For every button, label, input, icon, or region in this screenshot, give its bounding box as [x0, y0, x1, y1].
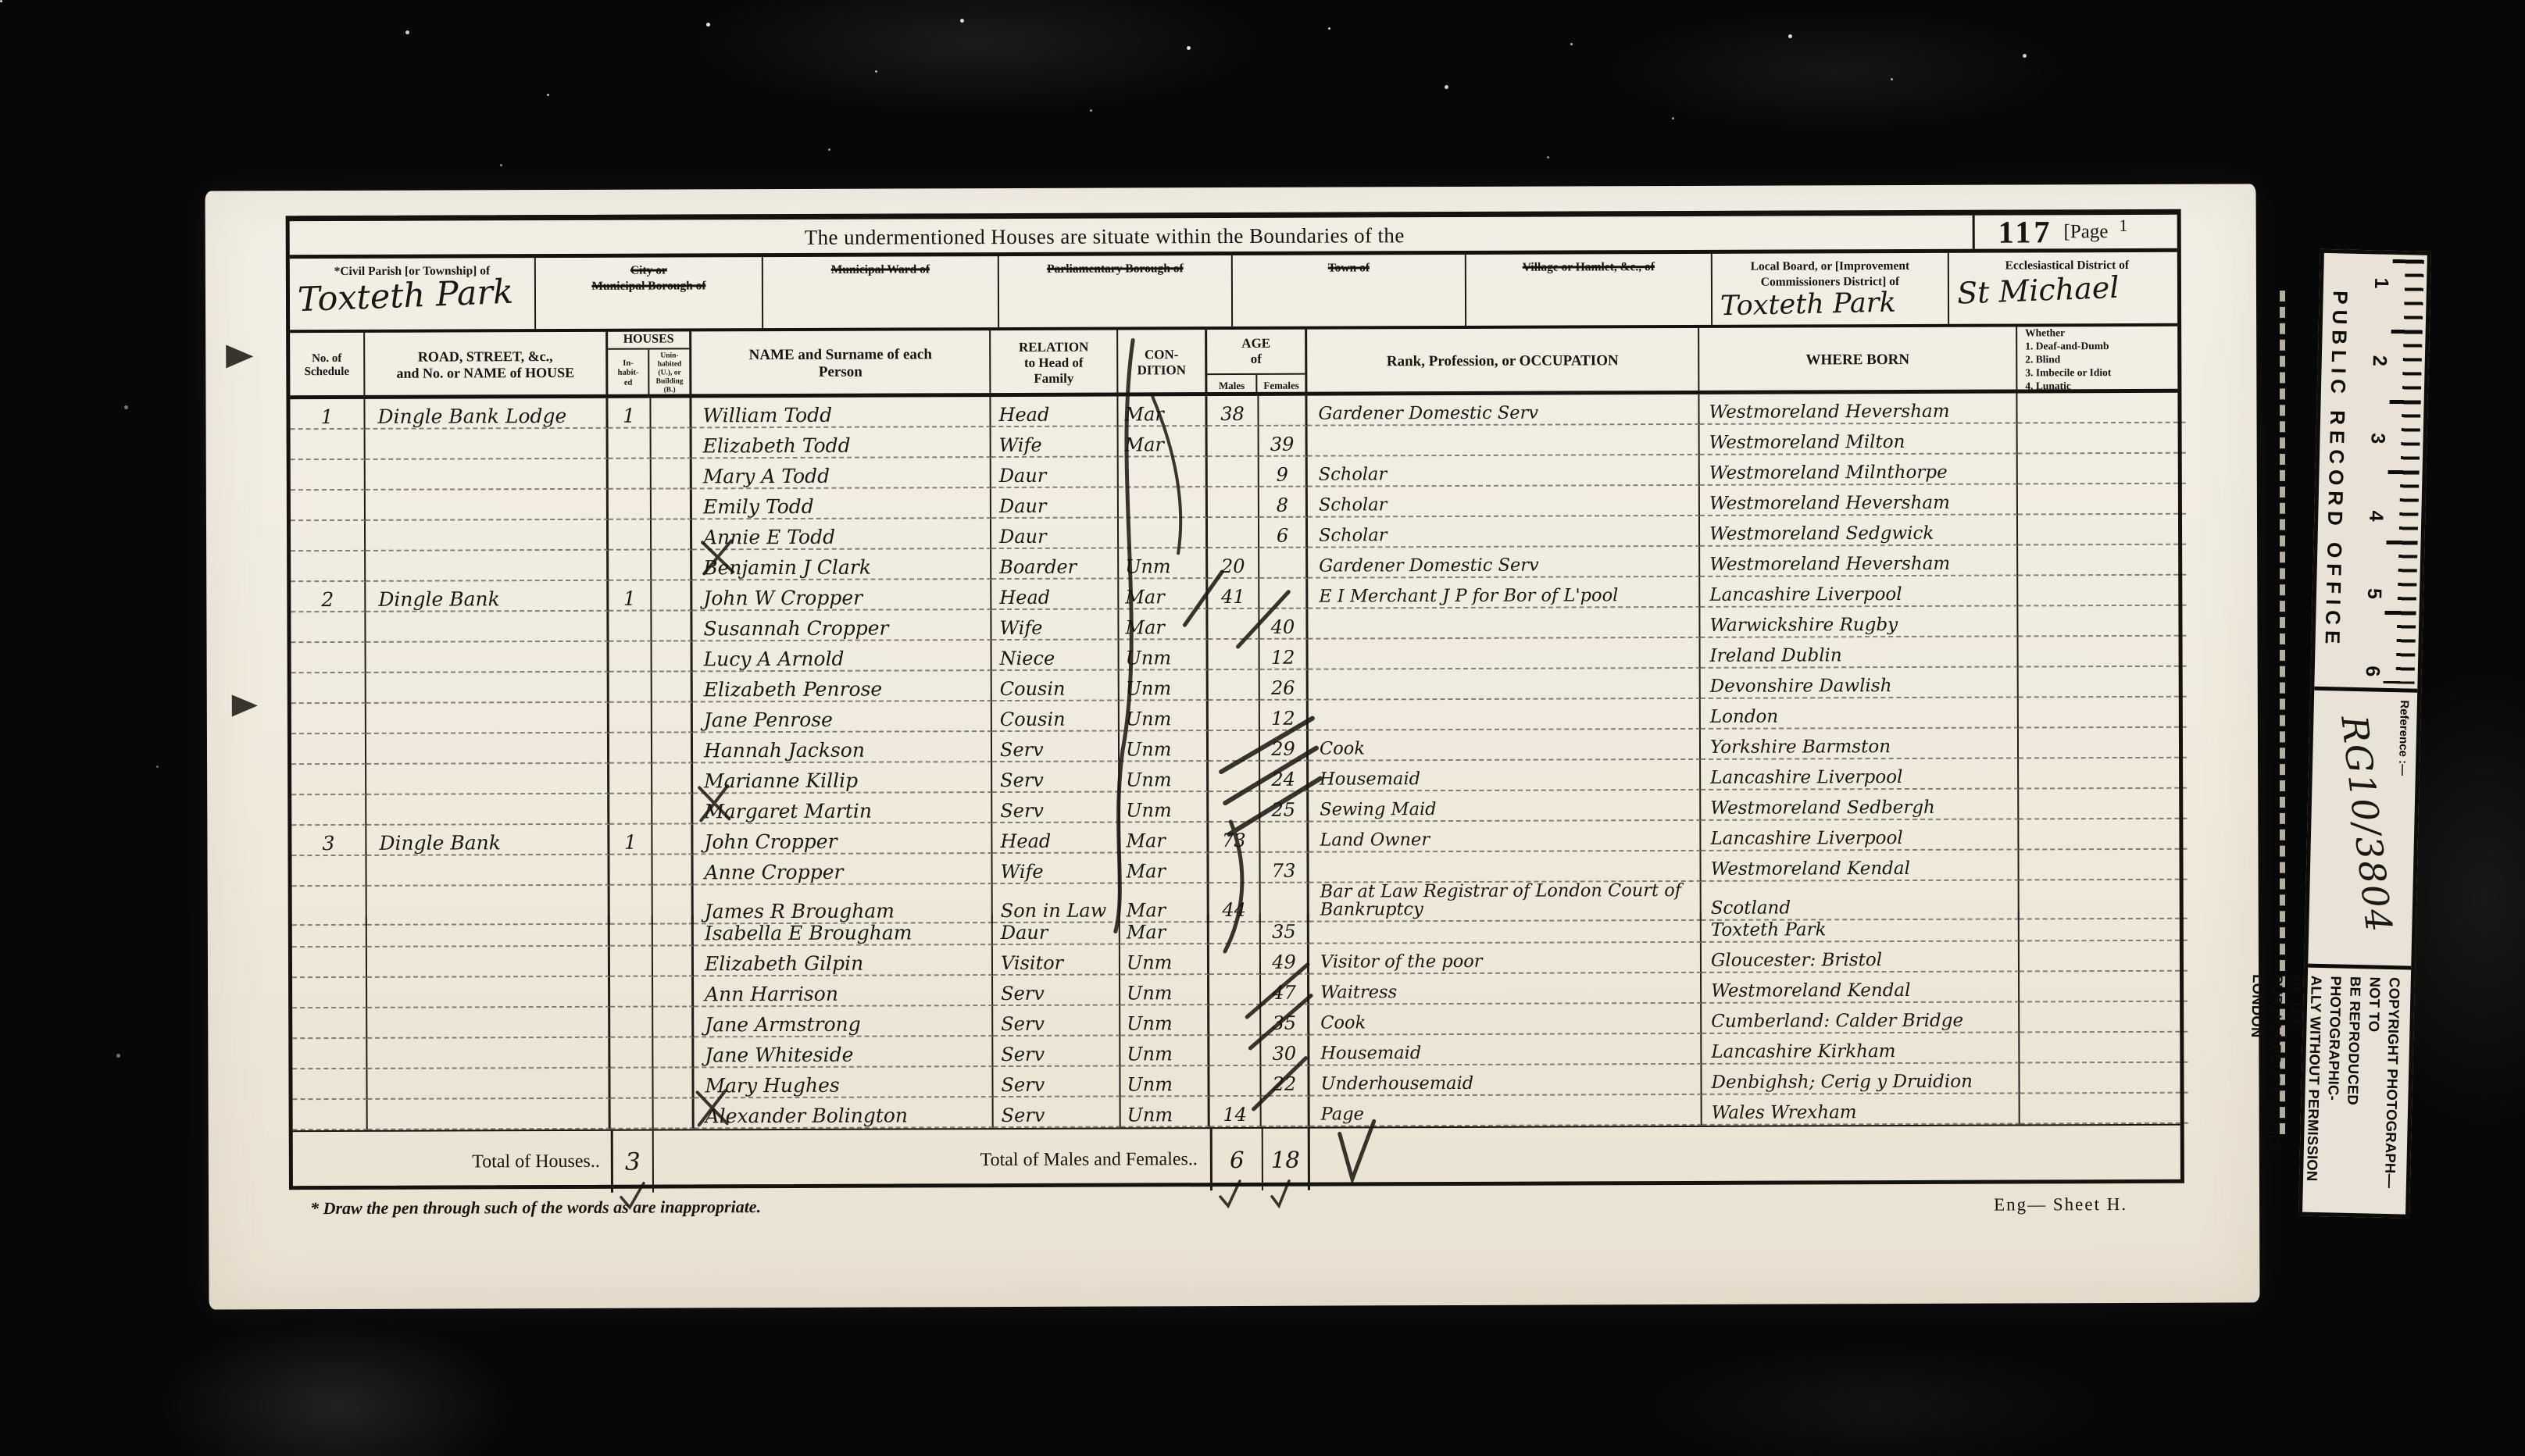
cell-schedule-number [291, 856, 366, 887]
cell-person-name: Hannah Jackson [693, 732, 992, 763]
cell-condition: Mar [1120, 853, 1209, 883]
col-houses-group: HOUSES In- habit- ed Unin- habited (U.),… [608, 331, 691, 398]
cell-age-male: 14 [1210, 1097, 1262, 1127]
cell-person-name: Emily Todd [692, 488, 991, 519]
cell-where-born: Wales Wrexham [1702, 1094, 2020, 1125]
cell-condition: Mar [1118, 396, 1207, 426]
page-title: The undermentioned Houses are situate wi… [290, 222, 1920, 252]
cell-where-born: Lancashire Liverpool [1701, 819, 2019, 851]
cell-whether-infirm [2018, 484, 2186, 516]
cell-houses-uninhabited [652, 641, 693, 672]
cell-where-born: Cumberland: Calder Bridge [1702, 1002, 2020, 1033]
cell-age-female: 35 [1261, 1005, 1309, 1036]
cell-schedule-number [291, 612, 366, 643]
microfilm-frame: { "colors": { "film_background": "#07070… [0, 0, 2525, 1456]
cell-age-male [1209, 731, 1260, 762]
header-field: Town of [1233, 255, 1466, 327]
cell-occupation: Cook [1309, 730, 1701, 762]
cell-where-born: Warwickshire Rugby [1700, 606, 2018, 637]
cell-occupation [1309, 669, 1701, 701]
ruler-number: 6 [2361, 666, 2384, 677]
cell-houses-uninhabited [653, 976, 694, 1007]
cell-where-born: Lancashire Kirkham [1702, 1033, 2020, 1064]
cell-schedule-number [291, 551, 366, 582]
cell-age-male [1208, 426, 1259, 457]
reference-number: RG10/3804 [2333, 713, 2400, 936]
cell-road-name [366, 642, 609, 673]
cell-age-female [1262, 1097, 1310, 1127]
cell-age-female: 12 [1260, 701, 1309, 731]
header-field: Municipal Ward of [763, 256, 999, 328]
total-males-value: 6 [1210, 1129, 1262, 1190]
cell-person-name: Lucy A Arnold [693, 641, 992, 672]
cell-occupation [1309, 638, 1701, 670]
cell-condition: Unm [1120, 640, 1209, 670]
cell-relation: Serv [992, 793, 1120, 824]
cell-person-name: Annie E Todd [692, 519, 991, 550]
col-relation: RELATION to Head of Family [991, 330, 1118, 397]
cell-person-name: Alexander Bolington [695, 1097, 994, 1129]
column-header-row: No. of Schedule ROAD, STREET, &c., and N… [290, 327, 2177, 399]
cell-condition: Mar [1120, 823, 1209, 853]
header-field: City or Municipal Borough of [536, 257, 763, 329]
cell-age-male [1209, 792, 1260, 823]
cell-houses-inhabited: 1 [609, 825, 652, 855]
cell-relation: Cousin [992, 701, 1120, 733]
cell-schedule-number [292, 917, 367, 947]
cell-occupation [1308, 608, 1700, 640]
cell-houses-uninhabited [652, 428, 692, 459]
cell-houses-uninhabited [652, 824, 693, 855]
cell-houses-inhabited [610, 916, 653, 947]
cell-houses-uninhabited [652, 702, 693, 733]
cell-whether-infirm [2019, 850, 2187, 881]
cell-age-male: 73 [1209, 823, 1260, 853]
cell-relation: Head [991, 580, 1119, 611]
ruler-number: 4 [2364, 510, 2387, 522]
cell-whether-infirm [2019, 819, 2187, 851]
cell-occupation: Page [1310, 1095, 1702, 1127]
cell-person-name: John W Cropper [692, 580, 991, 611]
cell-schedule-number: 2 [291, 582, 366, 612]
cell-schedule-number [291, 430, 366, 460]
cell-whether-infirm [2018, 576, 2186, 607]
cell-schedule-number [292, 947, 367, 978]
cell-schedule-number [291, 734, 366, 765]
cell-houses-uninhabited [652, 550, 692, 580]
cell-occupation: E I Merchant J P for Bor of L'pool [1308, 577, 1700, 609]
cell-road-name [367, 1069, 610, 1100]
cell-age-female: 24 [1260, 762, 1309, 792]
cell-road-name [366, 490, 609, 521]
cell-person-name: Susannah Cropper [692, 610, 991, 641]
cell-occupation: Housemaid [1309, 1034, 1702, 1066]
cell-relation: Boarder [991, 549, 1119, 580]
cell-condition: Mar [1119, 579, 1208, 609]
cell-houses-uninhabited [653, 1037, 694, 1068]
col-females: Females [1258, 375, 1305, 395]
cell-houses-inhabited: 1 [609, 581, 652, 612]
cell-age-female: 6 [1259, 518, 1308, 548]
cell-occupation: Waitress [1309, 973, 1702, 1005]
cell-houses-uninhabited [652, 794, 693, 824]
copyright-notice: COPYRIGHT PHOTOGRAPH—NOT TO BE REPRODUCE… [2302, 968, 2411, 1215]
cell-person-name: Mary A Todd [692, 458, 991, 489]
cell-age-female: 73 [1260, 853, 1309, 883]
cell-whether-infirm [2020, 972, 2187, 1003]
cell-where-born: Westmoreland Heversham [1700, 545, 2018, 576]
cell-person-name: Elizabeth Todd [692, 427, 991, 459]
cell-houses-uninhabited [651, 398, 691, 428]
ruler-number: 2 [2368, 355, 2391, 367]
cell-where-born: Yorkshire Barmston [1701, 728, 2019, 759]
cell-condition: Mar [1119, 609, 1208, 640]
cell-road-name [367, 1038, 610, 1069]
col-where-born: WHERE BORN [1699, 327, 2017, 394]
cell-relation: Serv [993, 1006, 1120, 1037]
header-field-label: Local Board, or [Improvement Commissione… [1712, 253, 1948, 291]
cell-houses-inhabited [610, 1008, 653, 1038]
cell-relation: Serv [994, 1097, 1121, 1129]
cell-occupation: Land Owner [1309, 821, 1701, 853]
cell-age-male [1209, 1005, 1261, 1036]
cell-occupation: Scholar [1308, 516, 1700, 548]
cell-whether-infirm [2020, 941, 2187, 972]
cell-age-female: 47 [1261, 975, 1309, 1005]
cell-whether-infirm [2020, 1033, 2187, 1064]
cell-person-name: Anne Cropper [693, 854, 992, 885]
cell-age-male [1208, 518, 1259, 548]
cell-age-male [1209, 853, 1260, 883]
cell-age-male [1209, 701, 1260, 731]
cell-relation: Wife [991, 427, 1119, 459]
cell-age-male [1209, 914, 1261, 944]
cell-relation: Cousin [992, 671, 1120, 702]
cell-road-name [366, 551, 609, 582]
census-page: The undermentioned Houses are situate wi… [205, 184, 2260, 1309]
cell-whether-infirm [2018, 423, 2186, 455]
folio-number: 117 [1998, 213, 2053, 250]
cell-whether-infirm [2020, 1094, 2188, 1125]
cell-houses-uninhabited [652, 763, 693, 794]
header-field: Local Board, or [Improvement Commissione… [1712, 253, 1949, 325]
cell-whether-infirm [2019, 758, 2187, 790]
col-males: Males [1207, 375, 1258, 395]
cell-age-male [1209, 975, 1261, 1005]
cell-houses-uninhabited [652, 672, 693, 702]
cell-houses-inhabited [609, 642, 652, 673]
cell-where-born: Westmoreland Heversham [1699, 393, 2017, 424]
cell-age-female: 49 [1261, 944, 1309, 975]
cell-where-born: London [1701, 698, 2019, 729]
cell-age-female [1259, 548, 1308, 579]
cell-houses-inhabited [609, 459, 652, 490]
cell-whether-infirm [2018, 545, 2186, 576]
cell-schedule-number [291, 704, 366, 734]
total-houses-value: 3 [611, 1131, 654, 1193]
cell-age-female: 40 [1259, 609, 1308, 640]
cell-houses-uninhabited [653, 915, 694, 946]
cell-where-born: Westmoreland Sedbergh [1701, 789, 2019, 820]
cell-road-name [366, 733, 609, 765]
cell-schedule-number [291, 460, 366, 491]
cell-houses-inhabited [609, 703, 652, 733]
cell-age-male [1209, 1066, 1261, 1097]
cell-age-male [1209, 640, 1260, 670]
header-field-label: Municipal Ward of [763, 256, 998, 278]
cell-age-female: 22 [1261, 1066, 1309, 1097]
cell-houses-uninhabited [653, 1068, 694, 1098]
cell-houses-inhabited: 1 [608, 398, 651, 429]
cell-road-name [367, 947, 610, 978]
cell-whether-infirm [2019, 637, 2187, 668]
col-whether-infirm: Whether 1. Deaf-and-Dumb 2. Blind 3. Imb… [2017, 327, 2185, 393]
col-road: ROAD, STREET, &c., and No. or NAME of HO… [365, 332, 608, 398]
col-condition: CON- DITION [1118, 330, 1207, 396]
cell-age-female: 26 [1260, 670, 1309, 701]
cell-houses-inhabited [609, 855, 652, 886]
header-field: *Civil Parish [or Township] of Toxteth P… [290, 258, 536, 330]
cell-road-name [366, 459, 609, 491]
cell-relation: Serv [993, 1067, 1120, 1098]
header-field: Village or Hamlet, &c., of [1466, 254, 1712, 326]
cell-occupation [1309, 699, 1701, 731]
cell-whether-infirm [2020, 1063, 2187, 1094]
reference-label: Reference :— [2396, 700, 2411, 776]
cell-age-male: 41 [1208, 579, 1259, 609]
cell-where-born: Westmoreland Milton [1700, 423, 2018, 455]
total-males-females-label: Total of Males and Females.. [695, 1129, 1210, 1192]
cell-person-name: Jane Whiteside [694, 1037, 993, 1068]
cell-occupation: Housemaid [1309, 760, 1701, 792]
cell-age-male [1208, 609, 1259, 640]
cell-schedule-number [292, 1008, 367, 1039]
cell-whether-infirm [2019, 789, 2187, 820]
cell-houses-inhabited [609, 764, 652, 794]
cell-schedule-number [291, 521, 366, 551]
total-females-value: 18 [1262, 1129, 1310, 1190]
cell-houses-uninhabited [652, 489, 692, 519]
cell-houses-inhabited [610, 1038, 653, 1069]
cell-schedule-number [291, 795, 366, 826]
cell-relation: Daur [991, 458, 1119, 489]
cell-houses-uninhabited [652, 611, 692, 641]
cell-condition: Unm [1120, 1005, 1209, 1036]
cell-road-name [366, 673, 609, 704]
cell-condition: Unm [1120, 762, 1209, 792]
cell-condition: Unm [1121, 1097, 1210, 1127]
cell-age-male [1209, 670, 1260, 701]
cell-schedule-number [292, 1069, 367, 1100]
cell-houses-inhabited [609, 429, 652, 459]
cell-schedule-number: 1 [290, 399, 365, 430]
cell-condition [1119, 518, 1208, 548]
cell-age-male [1208, 457, 1259, 487]
cell-relation: Wife [991, 610, 1119, 641]
cell-houses-uninhabited [652, 519, 692, 550]
title-row: The undermentioned Houses are situate wi… [290, 215, 2177, 259]
cell-occupation: Scholar [1308, 455, 1700, 487]
cell-relation: Serv [993, 976, 1120, 1007]
cell-occupation [1309, 851, 1701, 883]
cell-where-born: Westmoreland Milnthorpe [1700, 454, 2018, 485]
cell-road-name: Dingle Bank [366, 581, 609, 612]
cell-condition: Mar [1120, 914, 1209, 944]
cell-person-name: Mary Hughes [694, 1067, 993, 1098]
cell-houses-inhabited [609, 794, 652, 825]
cell-age-female: 9 [1259, 457, 1308, 487]
cell-houses-inhabited [609, 551, 652, 581]
cell-whether-infirm [2019, 667, 2187, 698]
cell-houses-uninhabited [652, 733, 693, 763]
cell-condition: Unm [1120, 944, 1209, 975]
cell-whether-infirm [2020, 1002, 2187, 1033]
col-houses: HOUSES [608, 331, 689, 349]
cell-person-name: Jane Penrose [693, 701, 992, 733]
cell-schedule-number [291, 491, 366, 521]
cell-where-born: Westmoreland Heversham [1700, 484, 2018, 516]
cell-houses-inhabited [610, 977, 653, 1008]
cell-occupation [1309, 912, 1702, 944]
cell-where-born: Westmoreland Sedgwick [1700, 515, 2018, 546]
cell-person-name: Isabella E Brougham [694, 915, 993, 946]
cell-schedule-number [292, 978, 367, 1008]
cell-road-name [366, 794, 609, 826]
cell-relation: Daur [991, 488, 1119, 519]
col-schedule: No. of Schedule [290, 333, 365, 399]
cell-whether-infirm [2018, 606, 2186, 637]
cell-road-name [366, 855, 609, 887]
total-houses-label: Total of Houses.. [368, 1131, 611, 1194]
cell-relation: Serv [992, 762, 1120, 794]
cell-whether-infirm [2017, 393, 2185, 424]
cell-relation: Visitor [993, 945, 1120, 976]
cell-schedule-number [291, 643, 366, 673]
cell-occupation: Gardener Domestic Serv [1308, 547, 1700, 579]
cell-where-born: Lancashire Liverpool [1701, 758, 2019, 790]
cell-houses-uninhabited [652, 459, 692, 489]
cell-age-female [1259, 396, 1307, 426]
cell-road-name [366, 429, 609, 460]
cell-age-female: 8 [1259, 487, 1308, 518]
cell-houses-uninhabited [653, 1007, 694, 1037]
cell-where-born: Toxteth Park [1702, 911, 2020, 942]
cell-road-name [366, 703, 609, 734]
table-frame: The undermentioned Houses are situate wi… [286, 209, 2184, 1190]
cell-road-name: Dingle Bank [366, 825, 609, 856]
cell-age-female: 29 [1260, 731, 1309, 762]
cell-condition: Unm [1120, 731, 1209, 762]
cell-condition [1119, 457, 1208, 487]
office-name: PUBLIC RECORD OFFICE [2319, 253, 2353, 687]
cell-occupation: Gardener Domestic Serv [1307, 394, 1699, 426]
cell-houses-inhabited [609, 673, 652, 703]
cell-whether-infirm [2019, 728, 2187, 759]
cell-schedule-number [291, 673, 366, 704]
cell-condition: Unm [1120, 792, 1209, 823]
cell-occupation: Sewing Maid [1309, 790, 1701, 823]
film-noise-speckles [0, 0, 2, 2]
cell-houses-inhabited [610, 1069, 653, 1099]
col-occupation: Rank, Profession, or OCCUPATION [1307, 328, 1699, 395]
cell-age-female: 30 [1261, 1036, 1309, 1066]
cell-condition: Mar [1119, 426, 1208, 457]
cell-road-name [366, 612, 609, 643]
cell-relation: Head [991, 397, 1118, 428]
header-field-label: City or Municipal Borough of [536, 257, 762, 294]
cell-where-born: Westmoreland Kendal [1701, 850, 2019, 881]
cell-occupation: Visitor of the poor [1309, 943, 1702, 975]
cell-houses-inhabited [609, 490, 652, 520]
cell-houses-inhabited [611, 1099, 654, 1129]
cell-age-female: 12 [1260, 640, 1309, 670]
header-field-label: Village or Hamlet, &c., of [1466, 254, 1711, 276]
cell-houses-uninhabited [652, 855, 693, 885]
cell-condition [1119, 487, 1208, 518]
cell-condition: Unm [1119, 548, 1208, 579]
cell-relation: Wife [992, 854, 1120, 885]
page-digit: 1 [2119, 215, 2127, 235]
cell-whether-infirm [2019, 698, 2187, 729]
header-field-value: Toxteth Park [289, 272, 535, 320]
cell-schedule-number [292, 1039, 367, 1069]
cell-schedule-number [293, 1100, 368, 1130]
cell-road-name [367, 977, 610, 1008]
header-field-label: Town of [1233, 255, 1465, 277]
footnote: * Draw the pen through such of the words… [310, 1197, 761, 1219]
header-field-value: Toxteth Park [1712, 286, 1948, 322]
header-field-label: Parliamentary Borough of [999, 255, 1231, 277]
cell-occupation [1308, 425, 1700, 457]
cell-age-female [1260, 823, 1309, 853]
cell-occupation: Scholar [1308, 486, 1700, 518]
cell-road-name [367, 1008, 610, 1039]
cell-schedule-number [291, 765, 366, 795]
cell-relation: Serv [992, 732, 1120, 763]
header-fields-row: *Civil Parish [or Township] of Toxteth P… [290, 252, 2177, 333]
header-field: Ecclesiastical District of St Michael [1949, 252, 2185, 324]
cell-age-male [1209, 762, 1260, 792]
cell-houses-uninhabited [652, 580, 692, 611]
cell-person-name: William Todd [691, 397, 991, 428]
cell-where-born: Westmoreland Kendal [1702, 972, 2020, 1003]
totals-row: Total of Houses.. 3 Total of Males and F… [293, 1124, 2180, 1194]
cell-age-female: 35 [1261, 914, 1309, 944]
cell-where-born: Devonshire Dawlish [1701, 667, 2019, 698]
cell-where-born: Denbighsh; Cerig y Druidion [1702, 1063, 2020, 1094]
cell-relation: Daur [991, 519, 1119, 550]
cell-condition: Unm [1120, 1066, 1209, 1097]
cell-age-male: 38 [1207, 396, 1259, 426]
cell-person-name: Benjamin J Clark [692, 549, 991, 580]
page-word: [Page [2063, 221, 2108, 243]
cell-condition: Unm [1120, 975, 1209, 1005]
cell-houses-uninhabited [654, 1098, 695, 1129]
cell-person-name: Elizabeth Gilpin [694, 945, 993, 976]
header-field: Parliamentary Borough of [999, 255, 1233, 327]
cell-where-born: Lancashire Liverpool [1700, 576, 2018, 607]
cell-occupation: Underhousemaid [1309, 1065, 1702, 1097]
cell-relation: Serv [993, 1037, 1120, 1068]
cell-road-name [366, 764, 609, 795]
cell-age-male [1208, 487, 1259, 518]
cell-houses-inhabited [609, 612, 652, 642]
census-rows: 1 Dingle Bank Lodge 1 William Todd Head … [290, 393, 2180, 1130]
cell-houses-uninhabited [653, 946, 694, 976]
reference-section: Reference :— RG10/3804 [2308, 691, 2417, 970]
cell-relation: Head [992, 823, 1120, 855]
cell-whether-infirm [2018, 515, 2186, 546]
